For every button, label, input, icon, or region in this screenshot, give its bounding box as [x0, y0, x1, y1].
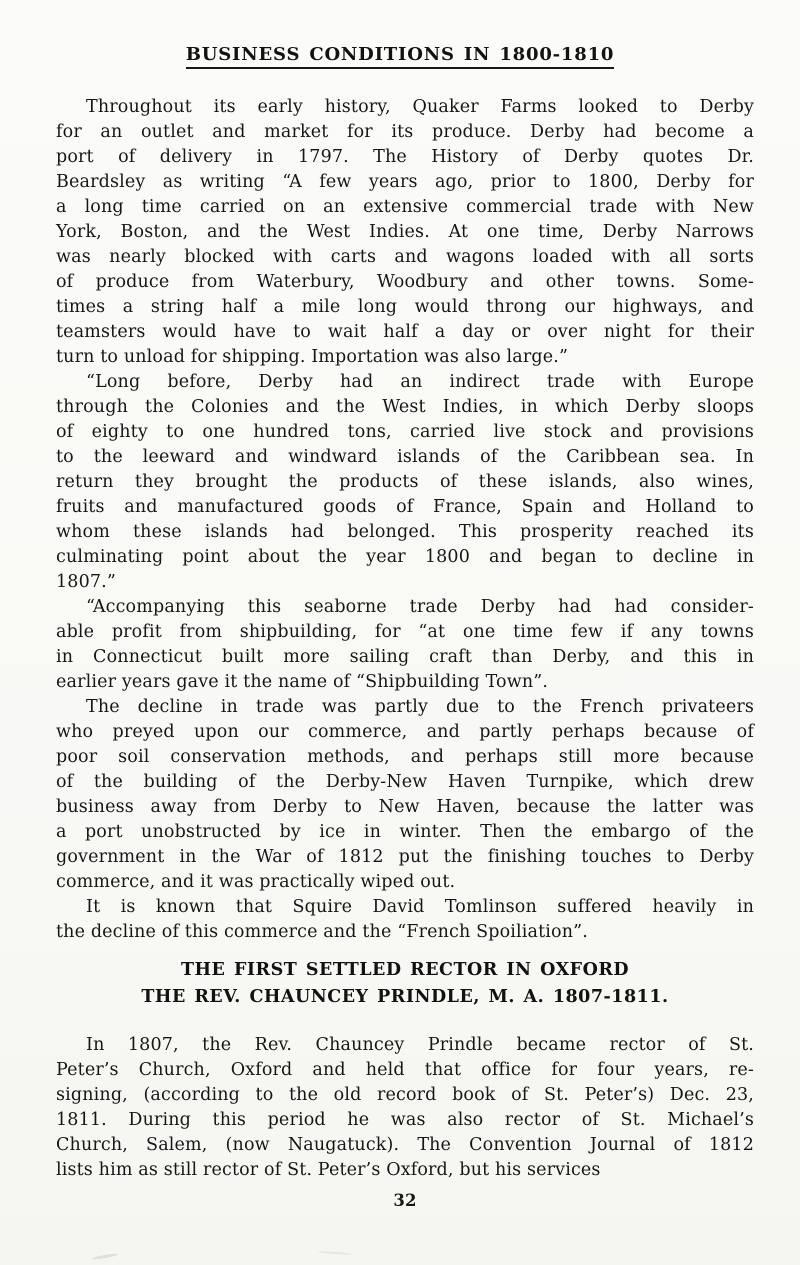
text-line: times a string half a mile long would th… [56, 295, 754, 320]
text-line: a port unobstructed by ice in winter. Th… [56, 820, 754, 845]
text-line: earlier years gave it the name of “Shipb… [56, 670, 754, 695]
section-heading-line-2: THE REV. CHAUNCEY PRINDLE, M. A. 1807-18… [56, 984, 754, 1011]
paragraph-shipbuilding: “Accompanying this seaborne trade Derby … [56, 595, 754, 695]
paragraph-indirect-trade: “Long before, Derby had an indirect trad… [56, 370, 754, 595]
text-line: 1811. During this period he was also rec… [56, 1108, 754, 1133]
section-heading-line-1: THE FIRST SETTLED RECTOR IN OXFORD [56, 957, 754, 984]
paragraph-decline: The decline in trade was partly due to t… [56, 695, 754, 895]
text-line: culminating point about the year 1800 an… [56, 545, 754, 570]
document-page: BUSINESS CONDITIONS IN 1800-1810 Through… [0, 0, 800, 1265]
text-line: turn to unload for shipping. Importation… [56, 345, 754, 370]
section-heading: THE FIRST SETTLED RECTOR IN OXFORD THE R… [56, 957, 754, 1011]
text-line: Church, Salem, (now Naugatuck). The Conv… [56, 1133, 754, 1158]
paragraph-quaker-farms: Throughout its early history, Quaker Far… [56, 95, 754, 370]
text-line: teamsters would have to wait half a day … [56, 320, 754, 345]
text-line: “Long before, Derby had an indirect trad… [56, 370, 754, 395]
text-line: return they brought the products of thes… [56, 470, 754, 495]
scan-smudge-artifact [92, 1253, 118, 1260]
page-title: BUSINESS CONDITIONS IN 1800-1810 [0, 44, 800, 69]
text-line: able profit from shipbuilding, for “at o… [56, 620, 754, 645]
page-body: Throughout its early history, Quaker Far… [56, 95, 754, 1213]
text-line: 1807.” [56, 570, 754, 595]
text-line: a long time carried on an extensive comm… [56, 195, 754, 220]
text-line: government in the War of 1812 put the fi… [56, 845, 754, 870]
paragraph-tomlinson: It is known that Squire David Tomlinson … [56, 895, 754, 945]
page-number: 32 [56, 1188, 754, 1213]
text-line: of the building of the Derby-New Haven T… [56, 770, 754, 795]
text-line: It is known that Squire David Tomlinson … [56, 895, 754, 920]
text-line: lists him as still rector of St. Peter’s… [56, 1158, 754, 1183]
page-title-text: BUSINESS CONDITIONS IN 1800-1810 [186, 44, 614, 69]
text-line: poor soil conservation methods, and perh… [56, 745, 754, 770]
text-line: whom these islands had belonged. This pr… [56, 520, 754, 545]
text-line: Peter’s Church, Oxford and held that off… [56, 1058, 754, 1083]
text-line: in Connecticut built more sailing craft … [56, 645, 754, 670]
text-line: signing, (according to the old record bo… [56, 1083, 754, 1108]
text-line: of eighty to one hundred tons, carried l… [56, 420, 754, 445]
text-line: port of delivery in 1797. The History of… [56, 145, 754, 170]
text-line: York, Boston, and the West Indies. At on… [56, 220, 754, 245]
paragraph-prindle: In 1807, the Rev. Chauncey Prindle becam… [56, 1033, 754, 1183]
text-line: The decline in trade was partly due to t… [56, 695, 754, 720]
text-line: commerce, and it was practically wiped o… [56, 870, 754, 895]
text-line: through the Colonies and the West Indies… [56, 395, 754, 420]
text-line: fruits and manufactured goods of France,… [56, 495, 754, 520]
text-line: the decline of this commerce and the “Fr… [56, 920, 754, 945]
text-line: Beardsley as writing “A few years ago, p… [56, 170, 754, 195]
text-line: In 1807, the Rev. Chauncey Prindle becam… [56, 1033, 754, 1058]
text-line: “Accompanying this seaborne trade Derby … [56, 595, 754, 620]
text-line: Throughout its early history, Quaker Far… [56, 95, 754, 120]
text-line: who preyed upon our commerce, and partly… [56, 720, 754, 745]
text-line: of produce from Waterbury, Woodbury and … [56, 270, 754, 295]
text-line: for an outlet and market for its produce… [56, 120, 754, 145]
text-line: business away from Derby to New Haven, b… [56, 795, 754, 820]
scan-smudge-artifact [318, 1251, 352, 1255]
text-line: was nearly blocked with carts and wagons… [56, 245, 754, 270]
text-line: to the leeward and windward islands of t… [56, 445, 754, 470]
